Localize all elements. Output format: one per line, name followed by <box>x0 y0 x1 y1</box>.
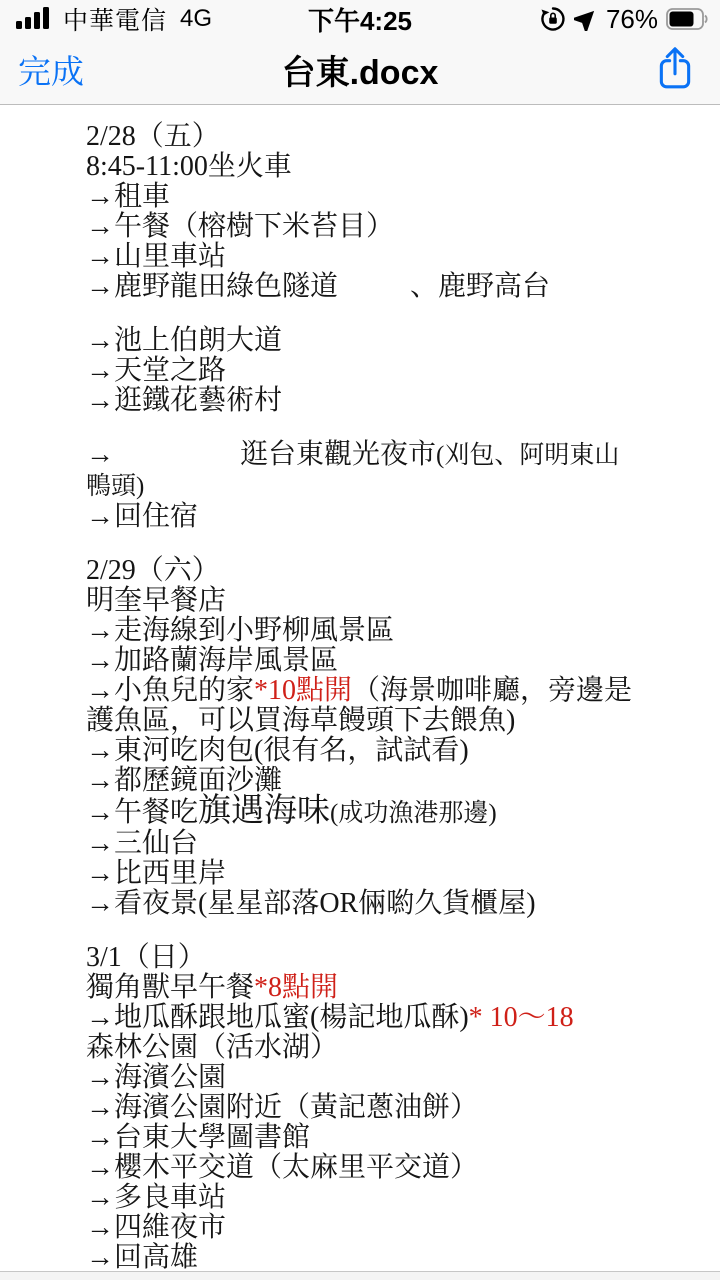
doc-line: →逛鐵花藝術村 <box>86 386 644 416</box>
page-bottom-edge <box>0 1271 720 1280</box>
text-run: 獨角獸早午餐 <box>86 972 254 1003</box>
location-services-icon <box>574 7 598 31</box>
text-run: 2/29（六） <box>86 555 220 586</box>
doc-line: →加路蘭海岸風景區 <box>86 646 644 676</box>
text-run: →小魚兒的家 <box>86 675 254 706</box>
doc-line: →櫻木平交道（太麻里平交道） <box>86 1153 644 1183</box>
status-bar: 中華電信 4G 下午4:25 76% <box>0 0 720 34</box>
text-run: →走海線到小野柳風景區 <box>86 615 394 646</box>
carrier-label: 中華電信 <box>63 1 167 37</box>
text-run: →四維夜市 <box>86 1212 226 1243</box>
doc-line: →比西里岸 <box>86 859 644 889</box>
share-icon <box>656 45 694 93</box>
text-run: →天堂之路 <box>86 355 226 386</box>
doc-line: →池上伯朗大道 <box>86 326 644 356</box>
text-run: 2/28（五） <box>86 121 220 152</box>
doc-line: →山里車站 <box>86 242 644 272</box>
doc-line: →回住宿 <box>86 502 644 532</box>
orientation-lock-icon <box>540 6 566 32</box>
doc-line: 明奎早餐店 <box>86 586 644 616</box>
text-run: 、鹿野高台 <box>410 271 550 302</box>
text-run: →山里車站 <box>86 241 226 272</box>
doc-line: →多良車站 <box>86 1183 644 1213</box>
text-run: 8:45-11:00坐火車 <box>86 151 292 182</box>
text-run: * 10～18 <box>469 1002 574 1033</box>
text-run: →海濱公園 <box>86 1062 226 1093</box>
doc-line: →回高雄 <box>86 1243 644 1271</box>
text-run: →池上伯朗大道 <box>86 325 282 356</box>
document-body: 2/28（五）8:45-11:00坐火車→租車→午餐（榕樹下米苔目）→山里車站→… <box>0 106 720 1271</box>
doc-line: →逛台東觀光夜市(刈包、阿明東山鴨頭) <box>86 440 644 502</box>
text-run: →鹿野龍田綠色隧道 <box>86 271 338 302</box>
text-run: →午餐吃 <box>86 797 198 828</box>
doc-line: →午餐吃旗遇海味(成功漁港那邊) <box>86 796 644 829</box>
doc-line <box>86 532 644 556</box>
text-run: 明奎早餐店 <box>86 585 226 616</box>
done-button[interactable]: 完成 <box>18 46 84 93</box>
text-run: 3/1（日） <box>86 942 206 973</box>
text-run: →租車 <box>86 181 170 212</box>
doc-line: →租車 <box>86 182 644 212</box>
text-run: →午餐（榕樹下米苔目） <box>86 211 394 242</box>
text-run: 逛台東觀光夜市 <box>240 439 436 470</box>
text-run: →台東大學圖書館 <box>86 1122 310 1153</box>
doc-line: →海濱公園 <box>86 1063 644 1093</box>
text-run: →多良車站 <box>86 1182 226 1213</box>
tab-spacer <box>338 294 410 295</box>
signal-strength-icon <box>16 7 54 31</box>
text-run: →回高雄 <box>86 1242 198 1271</box>
doc-line <box>86 919 644 943</box>
text-run: →都歷鏡面沙灘 <box>86 765 282 796</box>
doc-line: →走海線到小野柳風景區 <box>86 616 644 646</box>
text-run: →東河吃肉包(很有名，試試看) <box>86 735 469 766</box>
text-run: →比西里岸 <box>86 858 226 889</box>
doc-line: →地瓜酥跟地瓜蜜(楊記地瓜酥)* 10～18 <box>86 1003 644 1033</box>
doc-line <box>86 416 644 440</box>
doc-line: →看夜景(星星部落OR倆喲久貨櫃屋) <box>86 889 644 919</box>
document-title: 台東.docx <box>0 45 720 94</box>
text-run: 森林公園（活水湖） <box>86 1032 338 1063</box>
doc-line: →海濱公園附近（黃記蔥油餅） <box>86 1093 644 1123</box>
text-run: →加路蘭海岸風景區 <box>86 645 338 676</box>
text-run: →三仙台 <box>86 828 198 859</box>
text-run: →看夜景(星星部落OR倆喲久貨櫃屋) <box>86 888 536 919</box>
doc-line: 2/28（五） <box>86 122 644 152</box>
text-run: 旗遇海味 <box>198 793 330 829</box>
text-run: →逛鐵花藝術村 <box>86 385 282 416</box>
doc-line: →都歷鏡面沙灘 <box>86 766 644 796</box>
doc-line: →台東大學圖書館 <box>86 1123 644 1153</box>
doc-line: 2/29（六） <box>86 556 644 586</box>
doc-line: →小魚兒的家*10點開（海景咖啡廳，旁邊是護魚區，可以買海草饅頭下去餵魚) <box>86 676 644 736</box>
doc-line: →天堂之路 <box>86 356 644 386</box>
doc-line: →鹿野龍田綠色隧道、鹿野高台 <box>86 272 644 302</box>
text-run: →櫻木平交道（太麻里平交道） <box>86 1152 478 1183</box>
doc-line: →四維夜市 <box>86 1213 644 1243</box>
text-run: →地瓜酥跟地瓜蜜(楊記地瓜酥) <box>86 1002 469 1033</box>
text-run: (成功漁港那邊) <box>330 800 497 827</box>
doc-line: →午餐（榕樹下米苔目） <box>86 212 644 242</box>
doc-line: →三仙台 <box>86 829 644 859</box>
text-run: → <box>86 439 114 470</box>
text-run: *8點開 <box>254 972 338 1003</box>
doc-line: 8:45-11:00坐火車 <box>86 152 644 182</box>
text-run: →回住宿 <box>86 501 198 532</box>
tab-spacer <box>114 462 240 463</box>
doc-line: 獨角獸早午餐*8點開 <box>86 973 644 1003</box>
battery-icon <box>666 8 708 30</box>
nav-bar: 完成 台東.docx <box>0 34 720 105</box>
doc-line: 森林公園（活水湖） <box>86 1033 644 1063</box>
text-run: *10點開 <box>254 675 352 706</box>
text-run: →海濱公園附近（黃記蔥油餅） <box>86 1092 478 1123</box>
network-type-label: 4G <box>180 5 212 33</box>
doc-line: 3/1（日） <box>86 943 644 973</box>
battery-percent-label: 76% <box>606 4 658 35</box>
share-button[interactable] <box>648 43 702 95</box>
doc-line <box>86 302 644 326</box>
doc-line: →東河吃肉包(很有名，試試看) <box>86 736 644 766</box>
